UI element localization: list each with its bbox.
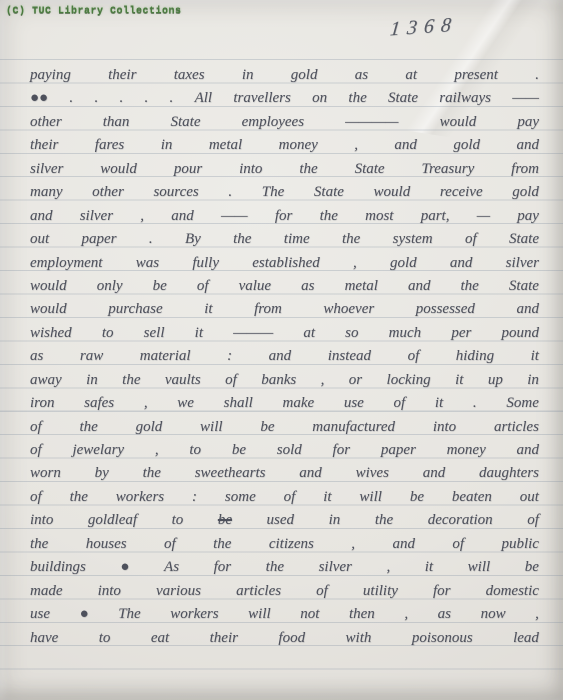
manuscript-word: goldleaf <box>88 509 137 532</box>
manuscript-word: —— <box>512 87 539 110</box>
manuscript-word: of <box>408 345 420 368</box>
manuscript-word: possessed <box>416 298 475 321</box>
manuscript-word: to <box>172 509 184 532</box>
manuscript-word: silver <box>506 252 539 275</box>
manuscript-word: , <box>351 533 355 556</box>
manuscript-word: would <box>30 298 67 321</box>
manuscript-word: locking <box>387 369 431 392</box>
manuscript-word: away <box>30 369 62 392</box>
manuscript-word: use <box>30 603 50 626</box>
manuscript-word: worn <box>30 462 61 485</box>
manuscript-line: outpaper.BythetimethesystemofState <box>30 228 539 251</box>
manuscript-word: into <box>98 580 121 603</box>
manuscript-word: or <box>349 369 362 392</box>
manuscript-word: pay <box>517 111 539 134</box>
manuscript-word: per <box>451 322 471 345</box>
manuscript-word: then <box>349 603 375 626</box>
manuscript-word: railways <box>439 87 491 110</box>
manuscript-word: be <box>153 275 167 298</box>
manuscript-word: to <box>99 627 111 650</box>
manuscript-word: from <box>511 158 539 181</box>
manuscript-word: sold <box>277 439 302 462</box>
manuscript-word: some <box>225 486 256 509</box>
manuscript-word: in <box>86 369 98 392</box>
manuscript-word: most <box>365 205 393 228</box>
manuscript-word: into <box>30 509 53 532</box>
manuscript-word: of <box>284 486 296 509</box>
manuscript-word: instead <box>328 345 371 368</box>
manuscript-word: and <box>269 345 292 368</box>
manuscript-word: various <box>156 580 201 603</box>
manuscript-word: made <box>30 580 63 603</box>
manuscript-word: and <box>171 205 194 228</box>
manuscript-word: it <box>195 322 203 345</box>
manuscript-line: employmentwasfullyestablished,goldandsil… <box>30 252 539 275</box>
manuscript-word: daughters <box>479 462 539 485</box>
manuscript-word: shall <box>224 392 253 415</box>
manuscript-word: other <box>92 181 124 204</box>
manuscript-word: and <box>517 134 540 157</box>
manuscript-word: , <box>386 556 390 579</box>
manuscript-word: of <box>465 228 477 251</box>
manuscript-word: State <box>509 275 539 298</box>
manuscript-word: the <box>320 205 338 228</box>
manuscript-word: be <box>232 439 246 462</box>
manuscript-word: to <box>102 322 114 345</box>
manuscript-word: The <box>118 603 141 626</box>
manuscript-word: receive <box>440 181 483 204</box>
manuscript-photo: (C) TUC Library Collections 1368 payingt… <box>0 0 563 700</box>
manuscript-line: otherthanStateemployees————wouldpay <box>30 111 539 134</box>
manuscript-word: sweethearts <box>195 462 266 485</box>
manuscript-word: in <box>161 134 173 157</box>
manuscript-word: gold <box>453 134 480 157</box>
manuscript-word: All <box>195 87 213 110</box>
manuscript-word: of <box>225 369 237 392</box>
manuscript-word: of <box>30 439 42 462</box>
manuscript-line: asrawmaterial:andinsteadofhidingit <box>30 345 539 368</box>
manuscript-word: now <box>481 603 506 626</box>
manuscript-word: iron <box>30 392 54 415</box>
paper-page: (C) TUC Library Collections 1368 payingt… <box>0 0 563 700</box>
manuscript-line: wishedtosellit———atsomuchperpound <box>30 322 539 345</box>
page-number: 1368 <box>389 14 459 42</box>
manuscript-word: and <box>517 439 540 462</box>
manuscript-word: . <box>145 87 149 110</box>
manuscript-word: the <box>233 228 251 251</box>
manuscript-word: into <box>239 158 262 181</box>
manuscript-word: domestic <box>486 580 539 603</box>
manuscript-word: utility <box>363 580 398 603</box>
manuscript-word: houses <box>86 533 127 556</box>
manuscript-word: , <box>354 134 358 157</box>
manuscript-word: of <box>164 533 176 556</box>
manuscript-word: up <box>488 369 503 392</box>
manuscript-word: use <box>344 392 364 415</box>
manuscript-word: manufactured <box>312 416 395 439</box>
manuscript-word: would <box>100 158 137 181</box>
manuscript-word: State <box>388 87 418 110</box>
manuscript-word: the <box>79 416 97 439</box>
manuscript-line: ofthegoldwillbemanufacturedintoarticles <box>30 416 539 439</box>
manuscript-word: for <box>214 556 232 579</box>
manuscript-word: it <box>455 369 463 392</box>
manuscript-line: wouldonlybeofvalueasmetalandtheState <box>30 275 539 298</box>
manuscript-word: , <box>155 439 159 462</box>
manuscript-word: articles <box>236 580 281 603</box>
manuscript-word: as <box>438 603 451 626</box>
manuscript-word: as <box>30 345 43 368</box>
manuscript-word: for <box>433 580 451 603</box>
manuscript-word: sources <box>153 181 198 204</box>
manuscript-word: as <box>355 64 368 87</box>
manuscript-word: value <box>239 275 271 298</box>
manuscript-word: on <box>312 87 327 110</box>
manuscript-word: purchase <box>108 298 162 321</box>
manuscript-word: wished <box>30 322 72 345</box>
manuscript-word: the <box>348 87 366 110</box>
manuscript-word: of <box>394 392 406 415</box>
manuscript-line: oftheworkers:someofitwillbebeatenout <box>30 486 539 509</box>
manuscript-word: silver <box>80 205 113 228</box>
manuscript-word: : <box>192 486 197 509</box>
manuscript-word: ● <box>120 556 129 579</box>
manuscript-word: pour <box>174 158 202 181</box>
manuscript-word: ———— <box>345 111 398 134</box>
manuscript-word: be <box>410 486 424 509</box>
manuscript-word: be <box>525 556 539 579</box>
manuscript-word: it <box>435 392 443 415</box>
manuscript-word: as <box>301 275 314 298</box>
manuscript-word: metal <box>209 134 242 157</box>
manuscript-word: their <box>30 134 58 157</box>
manuscript-word: . <box>473 392 477 415</box>
manuscript-word: buildings <box>30 556 86 579</box>
manuscript-word: other <box>30 111 62 134</box>
manuscript-word: , <box>404 603 408 626</box>
manuscript-word: banks <box>261 369 296 392</box>
manuscript-word: it <box>323 486 331 509</box>
manuscript-word: will <box>359 486 382 509</box>
manuscript-word: their <box>108 64 136 87</box>
manuscript-word: the <box>143 462 161 485</box>
manuscript-word: the <box>375 509 393 532</box>
manuscript-word: for <box>275 205 293 228</box>
manuscript-word: lead <box>513 627 539 650</box>
manuscript-word: would <box>30 275 67 298</box>
manuscript-word: workers <box>170 603 218 626</box>
manuscript-word: pay <box>517 205 539 228</box>
manuscript-word: with <box>346 627 372 650</box>
manuscript-word: the <box>122 369 140 392</box>
manuscript-word: part, <box>421 205 450 228</box>
manuscript-word: , <box>321 369 325 392</box>
manuscript-line: madeintovariousarticlesofutilityfordomes… <box>30 580 539 603</box>
manuscript-word: established <box>252 252 320 275</box>
manuscript-word: present <box>454 64 498 87</box>
manuscript-word: it <box>425 556 433 579</box>
manuscript-word: will <box>468 556 491 579</box>
manuscript-word: sell <box>144 322 165 345</box>
manuscript-word: in <box>242 64 254 87</box>
manuscript-line: wouldpurchaseitfromwhoeverpossessedand <box>30 298 539 321</box>
manuscript-word: and <box>299 462 322 485</box>
manuscript-word: vaults <box>165 369 201 392</box>
manuscript-word: —— <box>221 205 248 228</box>
manuscript-word: wives <box>356 462 389 485</box>
manuscript-text: payingtheirtaxesingoldasatpresent.●●....… <box>30 64 539 650</box>
manuscript-word: will <box>248 603 271 626</box>
manuscript-line: havetoeattheirfoodwithpoisonouslead <box>30 627 539 650</box>
manuscript-word: we <box>177 392 194 415</box>
manuscript-word: system <box>393 228 433 251</box>
manuscript-word: it <box>204 298 212 321</box>
manuscript-word: be <box>218 509 232 532</box>
manuscript-line: use●Theworkerswillnotthen,asnow, <box>30 603 539 626</box>
manuscript-word: travellers <box>233 87 291 110</box>
manuscript-word: out <box>520 486 539 509</box>
manuscript-word: food <box>278 627 305 650</box>
manuscript-word: paying <box>30 64 71 87</box>
manuscript-word: in <box>527 369 539 392</box>
manuscript-word: : <box>227 345 232 368</box>
manuscript-word: of <box>30 416 42 439</box>
manuscript-word: and <box>516 298 539 321</box>
manuscript-word: for <box>333 439 351 462</box>
manuscript-word: poisonous <box>412 627 473 650</box>
manuscript-word: State <box>314 181 344 204</box>
manuscript-word: The <box>262 181 285 204</box>
manuscript-word: paper <box>381 439 416 462</box>
manuscript-word: , <box>144 392 148 415</box>
manuscript-line: silverwouldpourintotheStateTreasuryfrom <box>30 158 539 181</box>
manuscript-line: buildings●Asforthesilver,itwillbe <box>30 556 539 579</box>
manuscript-word: whoever <box>323 298 374 321</box>
manuscript-word: As <box>164 556 179 579</box>
manuscript-word: used <box>267 509 295 532</box>
manuscript-word: taxes <box>174 64 205 87</box>
manuscript-word: of <box>30 486 42 509</box>
manuscript-word: metal <box>345 275 378 298</box>
manuscript-line: intogoldleaftobeusedinthedecorationof <box>30 509 539 532</box>
manuscript-line: payingtheirtaxesingoldasatpresent. <box>30 64 539 87</box>
manuscript-word: articles <box>494 416 539 439</box>
manuscript-word: and <box>408 275 431 298</box>
manuscript-word: . <box>228 181 232 204</box>
manuscript-word: time <box>284 228 310 251</box>
manuscript-word: many <box>30 181 63 204</box>
manuscript-word: employment <box>30 252 102 275</box>
manuscript-word: by <box>95 462 109 485</box>
manuscript-word: safes <box>84 392 114 415</box>
manuscript-word: the <box>461 275 479 298</box>
manuscript-line: wornbythesweetheartsandwivesanddaughters <box>30 462 539 485</box>
manuscript-word: and <box>423 462 446 485</box>
manuscript-word: . <box>94 87 98 110</box>
manuscript-word: and <box>394 134 417 157</box>
manuscript-word: fares <box>95 134 124 157</box>
manuscript-line: andsilver,and——forthemostpart,—pay <box>30 205 539 228</box>
manuscript-word: ——— <box>233 322 273 345</box>
manuscript-word: the <box>70 486 88 509</box>
manuscript-word: and <box>450 252 473 275</box>
manuscript-word: , <box>535 603 539 626</box>
manuscript-line: ●●.....AlltravellersontheStaterailways—— <box>30 87 539 110</box>
manuscript-word: decoration <box>428 509 493 532</box>
manuscript-word: hiding <box>456 345 494 368</box>
manuscript-word: in <box>329 509 341 532</box>
manuscript-word: silver <box>30 158 63 181</box>
copyright-watermark: (C) TUC Library Collections <box>6 6 182 17</box>
manuscript-word: , <box>140 205 144 228</box>
manuscript-word: would <box>374 181 411 204</box>
manuscript-line: awayinthevaultsofbanks,orlockingitupin <box>30 369 539 392</box>
manuscript-word: State <box>355 158 385 181</box>
manuscript-word: employees <box>242 111 304 134</box>
manuscript-word: Some <box>506 392 539 415</box>
manuscript-word: at <box>303 322 315 345</box>
manuscript-line: thehousesofthecitizens,andofpublic <box>30 533 539 556</box>
manuscript-word: . <box>149 228 153 251</box>
manuscript-word: workers <box>116 486 164 509</box>
manuscript-word: make <box>283 392 315 415</box>
manuscript-word: much <box>389 322 422 345</box>
manuscript-word: was <box>136 252 159 275</box>
manuscript-word: and <box>392 533 415 556</box>
manuscript-word: ●● <box>30 87 48 110</box>
manuscript-word: it <box>531 345 539 368</box>
manuscript-word: to <box>189 439 201 462</box>
manuscript-word: eat <box>151 627 169 650</box>
manuscript-word: ● <box>80 603 89 626</box>
manuscript-word: into <box>433 416 456 439</box>
manuscript-word: of <box>452 533 464 556</box>
manuscript-word: raw <box>80 345 103 368</box>
manuscript-word: out <box>30 228 49 251</box>
manuscript-word: have <box>30 627 58 650</box>
manuscript-word: be <box>260 416 274 439</box>
manuscript-word: silver <box>319 556 352 579</box>
manuscript-word: Treasury <box>421 158 474 181</box>
manuscript-word: citizens <box>269 533 314 556</box>
manuscript-word: the <box>266 556 284 579</box>
manuscript-word: pound <box>501 322 539 345</box>
manuscript-word: State <box>509 228 539 251</box>
manuscript-word: . <box>170 87 174 110</box>
manuscript-word: By <box>185 228 201 251</box>
manuscript-word: of <box>316 580 328 603</box>
manuscript-word: jewelary <box>72 439 124 462</box>
manuscript-line: theirfaresinmetalmoney,andgoldand <box>30 134 539 157</box>
manuscript-word: paper <box>82 228 117 251</box>
manuscript-word: material <box>140 345 191 368</box>
manuscript-word: money <box>279 134 318 157</box>
manuscript-word: so <box>345 322 358 345</box>
manuscript-line: ofjewelary,tobesoldforpapermoneyand <box>30 439 539 462</box>
manuscript-word: gold <box>136 416 163 439</box>
manuscript-word: their <box>210 627 238 650</box>
manuscript-word: at <box>405 64 417 87</box>
manuscript-word: fully <box>192 252 219 275</box>
manuscript-word: , <box>353 252 357 275</box>
manuscript-word: . <box>119 87 123 110</box>
manuscript-word: the <box>30 533 48 556</box>
manuscript-word: public <box>501 533 539 556</box>
manuscript-word: the <box>342 228 360 251</box>
manuscript-word: . <box>535 64 539 87</box>
manuscript-word: . <box>69 87 73 110</box>
manuscript-word: gold <box>291 64 318 87</box>
manuscript-line: manyothersources.TheStatewouldreceivegol… <box>30 181 539 204</box>
manuscript-word: would <box>440 111 477 134</box>
manuscript-word: gold <box>512 181 539 204</box>
manuscript-word: — <box>477 205 490 228</box>
manuscript-word: State <box>171 111 201 134</box>
manuscript-word: of <box>197 275 209 298</box>
manuscript-word: than <box>103 111 130 134</box>
manuscript-word: gold <box>390 252 417 275</box>
manuscript-word: of <box>527 509 539 532</box>
manuscript-word: only <box>97 275 123 298</box>
manuscript-word: money <box>447 439 486 462</box>
manuscript-word: beaten <box>452 486 492 509</box>
manuscript-line: ironsafes,weshallmakeuseofit.Some <box>30 392 539 415</box>
manuscript-word: not <box>300 603 319 626</box>
manuscript-word: the <box>299 158 317 181</box>
manuscript-word: and <box>30 205 53 228</box>
manuscript-word: the <box>213 533 231 556</box>
manuscript-word: from <box>254 298 282 321</box>
manuscript-word: will <box>200 416 223 439</box>
